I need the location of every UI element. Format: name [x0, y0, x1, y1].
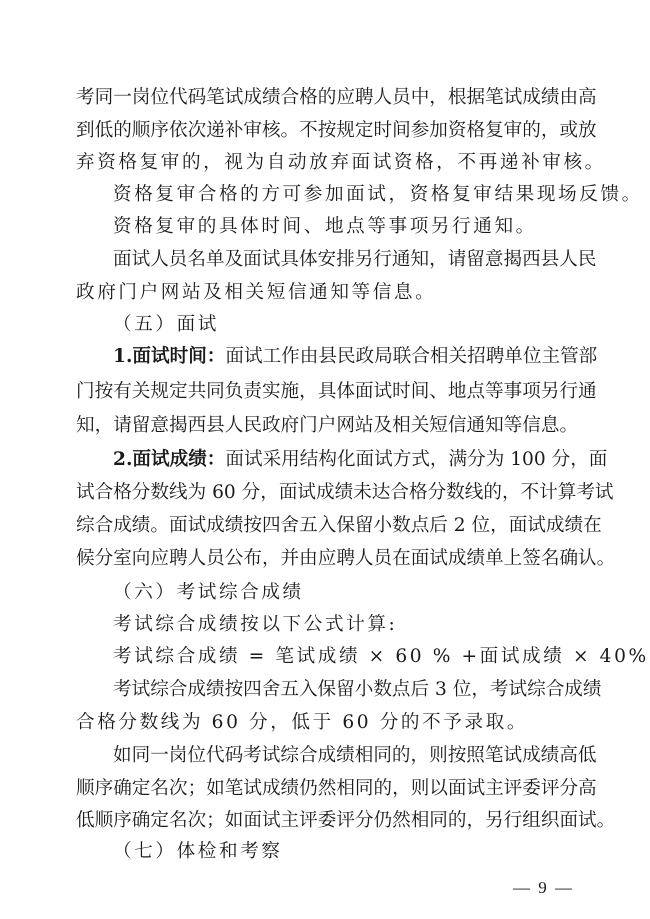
- paragraph-line: 1.面试时间：面试工作由县民政局联合相关招聘单位主管部: [113, 342, 574, 372]
- paragraph-line: 候分室向应聘人员公布，并由应聘人员在面试成绩单上签名确认。: [76, 544, 574, 574]
- paragraph-line: 政府门户网站及相关短信通知等信息。: [76, 278, 574, 308]
- item-text: 面试采用结构化面试方式，满分为 100 分，面: [225, 449, 607, 470]
- document-page: 考同一岗位代码笔试成绩合格的应聘人员中，根据笔试成绩由高到低的顺序依次递补审核。…: [0, 0, 650, 919]
- paragraph-line: 考试综合成绩按四舍五入保留小数点后 3 位，考试综合成绩: [113, 675, 574, 705]
- paragraph-line: 知，请留意揭西县人民政府门户网站及相关短信通知等信息。: [76, 411, 574, 441]
- section-heading: （五）面试: [113, 310, 574, 340]
- paragraph-line: 合格分数线为 60 分，低于 60 分的不予录取。: [76, 708, 574, 738]
- section-heading: （六）考试综合成绩: [113, 578, 574, 608]
- paragraph-line: 资格复审的具体时间、地点等事项另行通知。: [113, 212, 574, 242]
- paragraph-line: 考试综合成绩 = 笔试成绩 × 60 % +面试成绩 × 40%: [113, 642, 574, 672]
- item-label: 2.面试成绩：: [113, 449, 225, 470]
- paragraph-line: 综合成绩。面试成绩按四舍五入保留小数点后 2 位，面试成绩在: [76, 511, 574, 541]
- item-text: 面试工作由县民政局联合相关招聘单位主管部: [225, 346, 597, 367]
- page-number: — 9 —: [500, 874, 574, 902]
- paragraph-line: 2.面试成绩：面试采用结构化面试方式，满分为 100 分，面: [113, 445, 574, 475]
- paragraph-line: 到低的顺序依次递补审核。不按规定时间参加资格复审的，或放: [76, 116, 574, 146]
- paragraph-line: 面试人员名单及面试具体安排另行通知，请留意揭西县人民: [113, 245, 574, 275]
- item-label: 1.面试时间：: [113, 346, 225, 367]
- paragraph-line: 资格复审合格的方可参加面试，资格复审结果现场反馈。: [113, 180, 574, 210]
- paragraph-line: 低顺序确定名次；如面试主评委评分仍然相同的，另行组织面试。: [76, 806, 574, 836]
- paragraph-line: 弃资格复审的，视为自动放弃面试资格，不再递补审核。: [76, 148, 574, 178]
- paragraph-line: 如同一岗位代码考试综合成绩相同的，则按照笔试成绩高低: [113, 741, 574, 771]
- section-heading: （七）体检和考察: [113, 837, 574, 867]
- paragraph-line: 顺序确定名次；如笔试成绩仍然相同的，则以面试主评委评分高: [76, 774, 574, 804]
- paragraph-line: 门按有关规定共同负责实施，具体面试时间、地点等事项另行通: [76, 377, 574, 407]
- paragraph-line: 考试综合成绩按以下公式计算:: [113, 610, 574, 640]
- paragraph-line: 试合格分数线为 60 分，面试成绩未达合格分数线的，不计算考试: [76, 478, 574, 508]
- paragraph-line: 考同一岗位代码笔试成绩合格的应聘人员中，根据笔试成绩由高: [76, 83, 574, 113]
